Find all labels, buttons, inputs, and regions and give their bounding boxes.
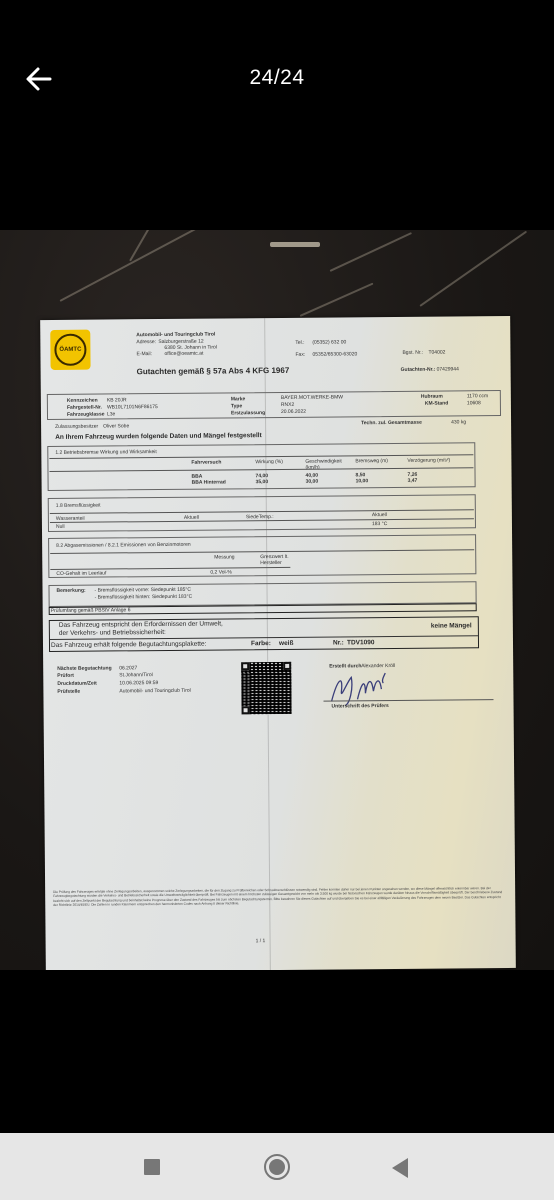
club-name: Automobil- und Touringclub Tirol — [136, 332, 215, 339]
system-navigation-bar — [0, 1133, 554, 1200]
next-inspection: 06.2027 — [119, 665, 137, 671]
page-footer: 1 / 1 — [256, 938, 266, 944]
inspection-report: ÖAMTC Automobil- und Touringclub Tirol A… — [40, 316, 516, 970]
oeamtc-logo: ÖAMTC — [50, 330, 90, 370]
conformity-result: keine Mängel — [431, 622, 472, 630]
report-title: Gutachten gemäß § 57a Abs 4 KFG 1967 — [137, 366, 290, 376]
document-photo[interactable]: ÖAMTC Automobil- und Touringclub Tirol A… — [0, 230, 554, 970]
report-number: 07429944 — [437, 366, 459, 372]
home-icon[interactable] — [264, 1154, 290, 1180]
fine-print: Die Prüfung des Fahrzeuges erfolgte ohne… — [53, 886, 505, 907]
page-counter: 24/24 — [0, 66, 554, 90]
recent-apps-icon[interactable] — [144, 1159, 160, 1175]
qr-code — [241, 662, 291, 714]
back-triangle-icon[interactable] — [392, 1158, 408, 1178]
viewer-top-bar: 24/24 — [0, 0, 554, 160]
plakette-number: TDV1090 — [347, 639, 375, 647]
findings-heading: An Ihrem Fahrzeug wurden folgende Daten … — [55, 432, 262, 442]
